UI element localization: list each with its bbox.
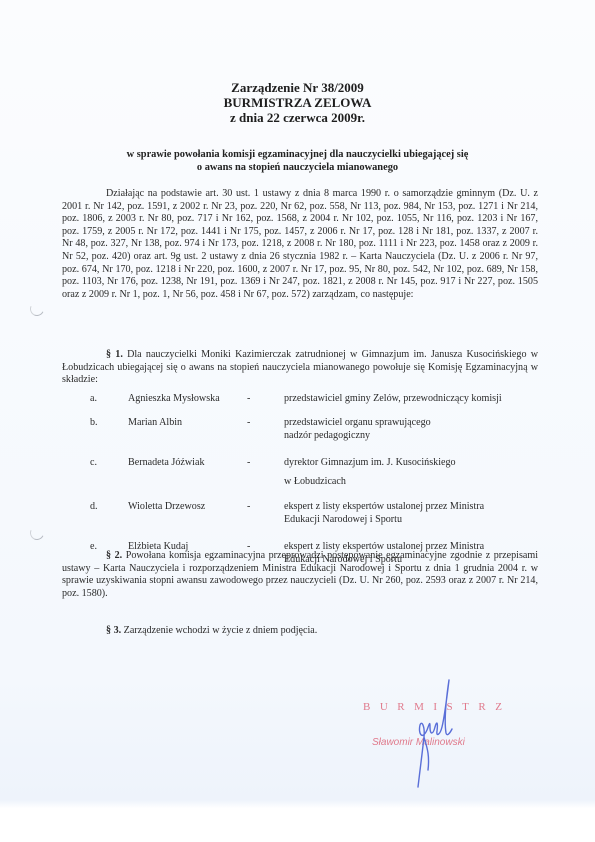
- member-letter: c.: [90, 457, 97, 470]
- committee-member: b.Marian Albin-przedstawiciel organu spr…: [62, 417, 538, 457]
- document-header: Zarządzenie Nr 38/2009 BURMISTRZA ZELOWA…: [0, 80, 595, 125]
- member-role-line: dyrektor Gimnazjum im. J. Kusocińskiego: [284, 457, 538, 470]
- section-2-text: Powołana komisja egzaminacyjna przeprowa…: [62, 550, 538, 599]
- member-role-line: ekspert z listy ekspertów ustalonej prze…: [284, 501, 538, 514]
- scan-edge: [0, 832, 595, 842]
- member-role-line: Edukacji Narodowej i Sportu: [284, 514, 538, 527]
- member-role: przedstawiciel gminy Zelów, przewodniczą…: [284, 393, 538, 406]
- member-name: Wioletta Drzewosz: [128, 501, 205, 514]
- section-3: § 3. Zarządzenie wchodzi w życie z dniem…: [62, 625, 538, 638]
- committee-members-list: a.Agnieszka Mysłowska-przedstawiciel gmi…: [62, 393, 538, 571]
- document-subject: w sprawie powołania komisji egzaminacyjn…: [0, 149, 595, 174]
- member-role: ekspert z listy ekspertów ustalonej prze…: [284, 501, 538, 526]
- member-dash: -: [247, 393, 250, 406]
- committee-member: c.Bernadeta Jóźwiak-dyrektor Gimnazjum i…: [62, 457, 538, 501]
- issuer: BURMISTRZA ZELOWA: [0, 95, 595, 110]
- subject-line-2: o awans na stopień nauczyciela mianowane…: [0, 162, 595, 175]
- punch-hole-bottom: [28, 524, 46, 542]
- member-name: Agnieszka Mysłowska: [128, 393, 220, 406]
- member-role: przedstawiciel organu sprawującegonadzór…: [284, 417, 538, 442]
- ordinance-number: Zarządzenie Nr 38/2009: [0, 80, 595, 95]
- member-role-line: nadzór pedagogiczny: [284, 430, 538, 443]
- subject-line-1: w sprawie powołania komisji egzaminacyjn…: [0, 149, 595, 162]
- document-page: Zarządzenie Nr 38/2009 BURMISTRZA ZELOWA…: [0, 0, 595, 842]
- member-name: Bernadeta Jóźwiak: [128, 457, 205, 470]
- committee-member: a.Agnieszka Mysłowska-przedstawiciel gmi…: [62, 393, 538, 417]
- section-3-mark: § 3.: [106, 625, 121, 636]
- preamble: Działając na podstawie art. 30 ust. 1 us…: [62, 188, 538, 301]
- member-letter: a.: [90, 393, 97, 406]
- section-1-text: Dla nauczycielki Moniki Kazimierczak zat…: [62, 349, 538, 385]
- section-2: § 2. Powołana komisja egzaminacyjna prze…: [62, 550, 538, 600]
- committee-member: d.Wioletta Drzewosz-ekspert z listy eksp…: [62, 501, 538, 541]
- section-1-mark: § 1.: [106, 349, 123, 360]
- ordinance-date: z dnia 22 czerwca 2009r.: [0, 110, 595, 125]
- member-dash: -: [247, 417, 250, 430]
- section-3-text: Zarządzenie wchodzi w życie z dniem podj…: [121, 625, 317, 636]
- handwritten-signature: [400, 675, 460, 790]
- member-role-line: przedstawiciel organu sprawującego: [284, 417, 538, 430]
- section-1: § 1. Dla nauczycielki Moniki Kazimiercza…: [62, 349, 538, 387]
- member-dash: -: [247, 457, 250, 470]
- section-2-mark: § 2.: [106, 550, 122, 561]
- member-dash: -: [247, 501, 250, 514]
- member-letter: b.: [90, 417, 98, 430]
- member-letter: d.: [90, 501, 98, 514]
- member-role-line: w Łobudzicach: [284, 476, 538, 489]
- member-role: dyrektor Gimnazjum im. J. Kusocińskiegow…: [284, 457, 538, 488]
- member-name: Marian Albin: [128, 417, 182, 430]
- member-role-line: przedstawiciel gminy Zelów, przewodniczą…: [284, 393, 538, 406]
- punch-hole-top: [28, 300, 46, 318]
